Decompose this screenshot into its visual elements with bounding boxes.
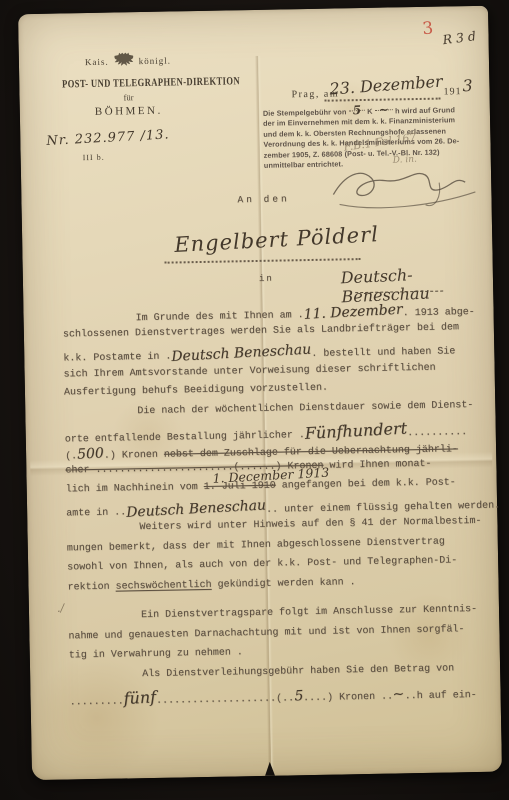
salutation: An den [237, 193, 289, 205]
body-line: Die nach der wöchentlichen Dienstdauer s… [64, 400, 473, 421]
salary-words-handwritten: Fünfhundert [304, 418, 407, 442]
body-line: Als Dienstverleihungsgebühr haben Sie de… [69, 663, 454, 684]
post-office-handwritten: Deutsch Beneschau [126, 497, 267, 520]
body-line: sowohl von Ihnen, als auch von der k.k. … [67, 555, 457, 576]
letterhead-region: BÖHMEN. [44, 104, 214, 119]
body-line: tig in Verwahrung zu nehmen . [69, 647, 243, 664]
struck-date: 1. Juli 1910 [204, 481, 276, 493]
department-code: III b. [83, 153, 105, 162]
body-line: amte in ..Deutsch Beneschau.. unter eine… [66, 496, 500, 518]
photo-of-document: 3 R 3 d Kais. königl. POST- UND TELEGRAP… [0, 0, 509, 800]
salary-number-handwritten: 500 [77, 445, 105, 462]
document-paper: 3 R 3 d Kais. königl. POST- UND TELEGRAP… [18, 6, 502, 780]
dateline-year-printed: 191 [443, 86, 461, 97]
fee-words-handwritten: fünf [123, 687, 156, 708]
post-office-handwritten: Deutsch Beneschau [171, 342, 312, 365]
body-line: k.k. Postamte in .Deutsch Beneschau. bes… [63, 341, 455, 362]
body-line: .........fünf....................(..5...… [69, 682, 476, 703]
body-line: Im Grunde des mit Ihnen am .11. Dezember… [62, 302, 474, 324]
addressee-name-handwritten: Engelbert Pölderl [174, 222, 380, 257]
kais-label: Kais. [85, 57, 109, 67]
letterhead: Kais. königl. POST- UND TELEGRAPHEN-DIRE… [43, 51, 214, 119]
body-line: orte entfallende Bestallung jährlicher .… [65, 419, 468, 440]
imperial-eagle-icon [113, 52, 133, 70]
body-line: mungen bemerkt, dass der mit Ihnen abges… [67, 537, 445, 558]
body-line: Ausfertigung behufs Beeidigung vorzustel… [64, 383, 328, 402]
koenigl-label: königl. [139, 56, 171, 67]
letterhead-organization: POST- UND TELEGRAPHEN-DIREKTION [62, 76, 195, 90]
fee-number-handwritten: 5 [294, 688, 304, 704]
heller-amount-handwritten: ~ [375, 109, 393, 111]
body-line: sich Ihrem Amtsvorstande unter Vorweisun… [64, 363, 436, 384]
ink-reference-note: R 3 d [442, 28, 477, 47]
underlined-term: sechswöchentlich [115, 580, 211, 593]
fee-amount-handwritten: 5 [349, 110, 365, 112]
body-line: Ein Dienstvertragspare folgt im Anschlus… [68, 604, 477, 625]
dateline-rule [325, 98, 441, 102]
body-line: lich im Nachhinein vom 1. Juli 1910 ange… [66, 477, 456, 498]
signature-flourish [327, 152, 488, 222]
heller-mark-handwritten: ~ [393, 686, 406, 703]
letterhead-kais-koenigl: Kais. königl. [43, 51, 213, 72]
contract-date-handwritten: 11. Dezember [303, 302, 403, 323]
red-pencil-page-number: 3 [422, 18, 435, 39]
in-label: in [259, 274, 274, 284]
dateline-date-handwritten: 23. Dezember [329, 72, 443, 99]
dateline-year-digit-handwritten: 3 [462, 76, 473, 96]
addressee-place-handwritten: Deutsch-Beneschau [340, 262, 494, 307]
body-line: rektion sechswöchentlich gekündigt werde… [67, 577, 355, 596]
letterhead-fuer: für [44, 91, 214, 104]
margin-check-mark: ./ [57, 601, 65, 614]
file-number-handwritten: Nr. 232.977 /13. [46, 127, 170, 149]
